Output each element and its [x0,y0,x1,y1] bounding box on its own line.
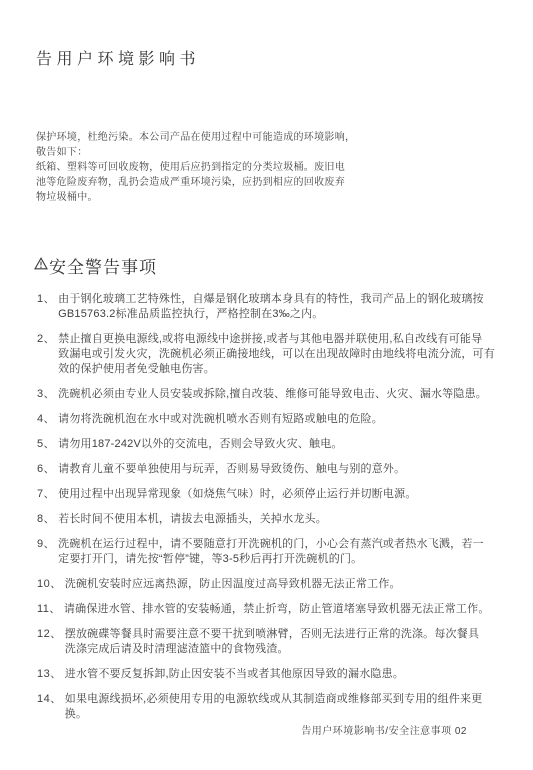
warning-item: 11、 请确保进水管、排水管的安装畅通，禁止折弯，防止管道堵塞导致机器无法正常工… [37,602,497,617]
warning-number: 2、 [37,332,55,377]
warning-item: 13、 进水管不要反复拆卸,防止因安装不当或者其他原因导致的漏水隐患。 [37,667,497,682]
warning-item: 2、 禁止擅自更换电源线,或将电源线中途拼接,或者与其他电器并联使用,私自改线有… [37,332,497,377]
warning-item: 6、 请教育儿童不要单独使用与玩弄，否则易导致烫伤、触电与别的意外。 [37,462,497,477]
warning-item: 1、 由于钢化玻璃工艺特殊性，自爆是钢化玻璃本身具有的特性，我司产品上的钢化玻璃… [37,292,497,322]
warning-text: 禁止擅自更换电源线,或将电源线中途拼接,或者与其他电器并联使用,私自改线有可能导… [58,332,495,377]
document-page: 告用户环境影响书 保护环境，杜绝污染。本公司产品在使用过程中可能造成的环境影响，… [0,0,533,770]
warning-text: 洗碗机在运行过程中，请不要随意打开洗碗机的门，小心会有蒸汽或者热水飞溅，若一 定… [58,537,484,567]
warning-text: 摆放碗碟等餐具时需要注意不要干扰到喷淋臂，否则无法进行正常的洗涤。每次餐具 洗涤… [65,627,479,657]
environment-notice-paragraph: 保护环境，杜绝污染。本公司产品在使用过程中可能造成的环境影响， 敬告如下： 纸箱… [36,130,366,205]
warning-text: 若长时间不使用本机，请拔去电源插头，关掉水龙头。 [58,512,327,527]
warning-number: 8、 [37,512,55,527]
warning-item: 8、 若长时间不使用本机，请拔去电源插头，关掉水龙头。 [37,512,497,527]
warning-number: 13、 [37,667,62,682]
warning-number: 14、 [37,692,62,722]
warning-number: 9、 [37,537,55,567]
warning-text: 进水管不要反复拆卸,防止因安装不当或者其他原因导致的漏水隐患。 [65,667,404,682]
warning-text: 使用过程中出现异常现象（如烧焦气味）时，必须停止运行并切断电源。 [58,487,416,502]
warning-number: 5、 [37,437,55,452]
warning-text: 洗碗机必须由专业人员安装或拆除,擅自改装、维修可能导致电击、火灾、漏水等隐患。 [58,387,487,402]
warning-text: 请勿用187-242V以外的交流电，否则会导致火灾、触电。 [58,437,343,452]
warning-number: 6、 [37,462,55,477]
warning-number: 11、 [37,602,61,617]
warning-number: 3、 [37,387,55,402]
warning-item: 14、 如果电源线损坏,必须使用专用的电源软线或从其制造商或维修部买到专用的组件… [37,692,497,722]
warning-text: 请勿将洗碗机泡在水中或对洗碗机喷水否则有短路或触电的危险。 [58,412,383,427]
warning-number: 4、 [37,412,55,427]
warning-text: 请教育儿童不要单独使用与玩弄，否则易导致烫伤、触电与别的意外。 [58,462,405,477]
warning-text: 由于钢化玻璃工艺特殊性，自爆是钢化玻璃本身具有的特性，我司产品上的钢化玻璃按 G… [58,292,484,322]
warning-list: 1、 由于钢化玻璃工艺特殊性，自爆是钢化玻璃本身具有的特性，我司产品上的钢化玻璃… [37,292,497,732]
warning-number: 10、 [37,577,62,592]
page-title: 告用户环境影响书 [36,46,200,69]
warning-item: 12、 摆放碗碟等餐具时需要注意不要干扰到喷淋臂，否则无法进行正常的洗涤。每次餐… [37,627,497,657]
page-footer: 告用户环境影响书/安全注意事项 02 [301,722,467,737]
section-heading-text: 安全警告事项 [49,253,157,278]
warning-text: 如果电源线损坏,必须使用专用的电源软线或从其制造商或维修部买到专用的组件来更换。 [65,692,497,722]
warning-text: 请确保进水管、排水管的安装畅通，禁止折弯，防止管道堵塞导致机器无法正常工作。 [64,602,490,617]
warning-item: 5、 请勿用187-242V以外的交流电，否则会导致火灾、触电。 [37,437,497,452]
warning-number: 1、 [37,292,55,322]
warning-item: 10、 洗碗机安装时应远离热源，防止因温度过高导致机器无法正常工作。 [37,577,497,592]
warning-item: 9、 洗碗机在运行过程中，请不要随意打开洗碗机的门，小心会有蒸汽或者热水飞溅，若… [37,537,497,567]
warning-number: 7、 [37,487,55,502]
warning-item: 7、 使用过程中出现异常现象（如烧焦气味）时，必须停止运行并切断电源。 [37,487,497,502]
safety-warning-section-heading: 安全警告事项 [34,253,157,278]
warning-text: 洗碗机安装时应远离热源，防止因温度过高导致机器无法正常工作。 [65,577,401,592]
warning-item: 4、 请勿将洗碗机泡在水中或对洗碗机喷水否则有短路或触电的危险。 [37,412,497,427]
warning-number: 12、 [37,627,62,657]
warning-triangle-icon [34,257,48,270]
warning-item: 3、 洗碗机必须由专业人员安装或拆除,擅自改装、维修可能导致电击、火灾、漏水等隐… [37,387,497,402]
